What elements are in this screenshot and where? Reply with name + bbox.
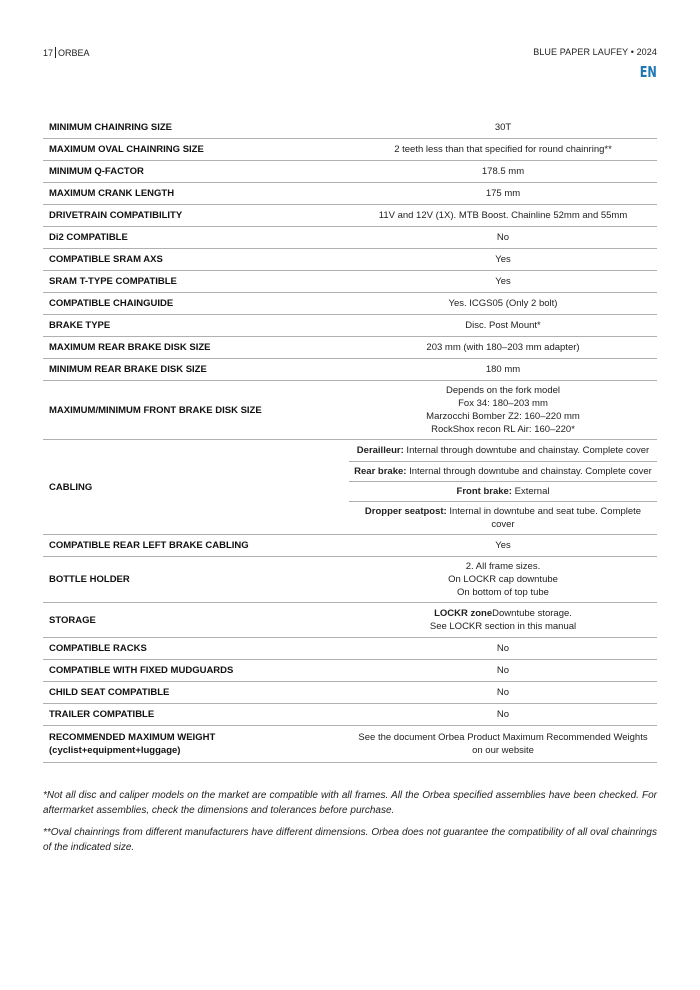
spec-value: 180 mm bbox=[349, 359, 657, 381]
storage-line-1: LOCKR zoneDowntube storage. bbox=[349, 607, 657, 620]
spec-table: MINIMUM CHAINRING SIZE30TMAXIMUM OVAL CH… bbox=[43, 117, 657, 763]
max-weight-label-sub: (cyclist+equipment+luggage) bbox=[49, 744, 349, 757]
spec-label: CABLING bbox=[43, 440, 349, 535]
spec-value: 30T bbox=[349, 117, 657, 139]
cabling-item-key: Rear brake: bbox=[354, 466, 406, 477]
spec-value: Depends on the fork modelFox 34: 180–203… bbox=[349, 381, 657, 440]
spec-row-trailer-compatible: TRAILER COMPATIBLENo bbox=[43, 704, 657, 726]
spec-label: DRIVETRAIN COMPATIBILITY bbox=[43, 205, 349, 227]
spec-label: BOTTLE HOLDER bbox=[43, 557, 349, 603]
header-separator bbox=[55, 47, 56, 58]
spec-label: MAXIMUM REAR BRAKE DISK SIZE bbox=[43, 337, 349, 359]
spec-label: BRAKE TYPE bbox=[43, 315, 349, 337]
spec-value: 2. All frame sizes.On LOCKR cap downtube… bbox=[349, 557, 657, 603]
spec-row-brake-type: BRAKE TYPEDisc. Post Mount* bbox=[43, 315, 657, 337]
cabling-item-text: Internal through downtube and chainstay.… bbox=[404, 445, 649, 456]
max-weight-label: RECOMMENDED MAXIMUM WEIGHT bbox=[49, 731, 349, 744]
spec-row-drivetrain-compatibility: DRIVETRAIN COMPATIBILITY11V and 12V (1X)… bbox=[43, 205, 657, 227]
spec-row-maximum-rear-brake-disk-size: MAXIMUM REAR BRAKE DISK SIZE203 mm (with… bbox=[43, 337, 657, 359]
spec-row-minimum-q-factor: MINIMUM Q-FACTOR178.5 mm bbox=[43, 161, 657, 183]
spec-label: RECOMMENDED MAXIMUM WEIGHT(cyclist+equip… bbox=[43, 726, 349, 763]
document-title: BLUE PAPER LAUFEY • 2024 bbox=[533, 47, 657, 57]
page-number: 17 bbox=[43, 48, 53, 58]
spec-value: 11V and 12V (1X). MTB Boost. Chainline 5… bbox=[349, 205, 657, 227]
spec-value: 178.5 mm bbox=[349, 161, 657, 183]
cabling-item: Front brake: External bbox=[349, 482, 657, 502]
spec-label: COMPATIBLE WITH FIXED MUDGUARDS bbox=[43, 660, 349, 682]
storage-line-2: See LOCKR section in this manual bbox=[349, 620, 657, 633]
spec-row-maximum-minimum-front-brake-disk-size: MAXIMUM/MINIMUM FRONT BRAKE DISK SIZEDep… bbox=[43, 381, 657, 440]
spec-value-line: Fox 34: 180–203 mm bbox=[349, 397, 657, 410]
spec-label: TRAILER COMPATIBLE bbox=[43, 704, 349, 726]
spec-value: 2 teeth less than that specified for rou… bbox=[349, 139, 657, 161]
spec-value: 203 mm (with 180–203 mm adapter) bbox=[349, 337, 657, 359]
spec-value: Derailleur: Internal through downtube an… bbox=[349, 440, 657, 535]
spec-row-storage: STORAGELOCKR zoneDowntube storage.See LO… bbox=[43, 603, 657, 638]
spec-label: COMPATIBLE REAR LEFT BRAKE CABLING bbox=[43, 535, 349, 557]
spec-row-compatible-racks: COMPATIBLE RACKSNo bbox=[43, 638, 657, 660]
spec-row-cabling: CABLINGDerailleur: Internal through down… bbox=[43, 440, 657, 535]
spec-label: COMPATIBLE CHAINGUIDE bbox=[43, 293, 349, 315]
cabling-item-key: Dropper seatpost: bbox=[365, 506, 447, 517]
spec-value-line: RockShox recon RL Air: 160–220* bbox=[349, 423, 657, 436]
spec-value: LOCKR zoneDowntube storage.See LOCKR sec… bbox=[349, 603, 657, 638]
spec-row-sram-t-type-compatible: SRAM T-TYPE COMPATIBLEYes bbox=[43, 271, 657, 293]
spec-row-child-seat-compatible: CHILD SEAT COMPATIBLENo bbox=[43, 682, 657, 704]
brand-name: ORBEA bbox=[58, 48, 90, 58]
spec-row-maximum-oval-chainring-size: MAXIMUM OVAL CHAINRING SIZE2 teeth less … bbox=[43, 139, 657, 161]
spec-label: Di2 COMPATIBLE bbox=[43, 227, 349, 249]
cabling-item-text: Internal in downtube and seat tube. Comp… bbox=[447, 506, 641, 530]
cabling-item: Dropper seatpost: Internal in downtube a… bbox=[349, 502, 657, 534]
spec-value: No bbox=[349, 227, 657, 249]
cabling-item-text: External bbox=[512, 486, 550, 497]
cabling-item-text: Internal through downtube and chainstay.… bbox=[406, 466, 651, 477]
spec-row-minimum-rear-brake-disk-size: MINIMUM REAR BRAKE DISK SIZE180 mm bbox=[43, 359, 657, 381]
spec-label: MAXIMUM/MINIMUM FRONT BRAKE DISK SIZE bbox=[43, 381, 349, 440]
spec-value: 175 mm bbox=[349, 183, 657, 205]
spec-value: No bbox=[349, 660, 657, 682]
spec-value-line: 2. All frame sizes. bbox=[349, 560, 657, 573]
spec-row-compatible-with-fixed-mudguards: COMPATIBLE WITH FIXED MUDGUARDSNo bbox=[43, 660, 657, 682]
spec-row-compatible-sram-axs: COMPATIBLE SRAM AXSYes bbox=[43, 249, 657, 271]
spec-label: STORAGE bbox=[43, 603, 349, 638]
page-header-left: 17 ORBEA bbox=[43, 47, 90, 58]
footnote-oval-chainring: **Oval chainrings from different manufac… bbox=[43, 825, 657, 855]
max-weight-value-line: on our website bbox=[349, 744, 657, 757]
storage-text: Downtube storage. bbox=[492, 608, 572, 619]
cabling-item-key: Derailleur: bbox=[357, 445, 404, 456]
cabling-item-key: Front brake: bbox=[457, 486, 512, 497]
spec-row-minimum-chainring-size: MINIMUM CHAINRING SIZE30T bbox=[43, 117, 657, 139]
spec-label: MAXIMUM CRANK LENGTH bbox=[43, 183, 349, 205]
spec-value: No bbox=[349, 682, 657, 704]
language-badge: EN bbox=[640, 63, 657, 81]
spec-value-line: On bottom of top tube bbox=[349, 586, 657, 599]
spec-value-line: Depends on the fork model bbox=[349, 384, 657, 397]
spec-label: MAXIMUM OVAL CHAINRING SIZE bbox=[43, 139, 349, 161]
storage-key: LOCKR zone bbox=[434, 608, 492, 619]
spec-row-compatible-chainguide: COMPATIBLE CHAINGUIDEYes. ICGS05 (Only 2… bbox=[43, 293, 657, 315]
spec-label: SRAM T-TYPE COMPATIBLE bbox=[43, 271, 349, 293]
spec-label: COMPATIBLE RACKS bbox=[43, 638, 349, 660]
spec-row-compatible-rear-left-brake-cabling: COMPATIBLE REAR LEFT BRAKE CABLINGYes bbox=[43, 535, 657, 557]
spec-label: COMPATIBLE SRAM AXS bbox=[43, 249, 349, 271]
spec-value: Yes bbox=[349, 535, 657, 557]
spec-label: CHILD SEAT COMPATIBLE bbox=[43, 682, 349, 704]
footnote-disc: *Not all disc and caliper models on the … bbox=[43, 788, 657, 818]
footnotes: *Not all disc and caliper models on the … bbox=[43, 788, 657, 862]
spec-value-line: On LOCKR cap downtube bbox=[349, 573, 657, 586]
spec-row-recommended-maximum-weight: RECOMMENDED MAXIMUM WEIGHT(cyclist+equip… bbox=[43, 726, 657, 763]
spec-value-line: Marzocchi Bomber Z2: 160–220 mm bbox=[349, 410, 657, 423]
spec-row-bottle-holder: BOTTLE HOLDER2. All frame sizes.On LOCKR… bbox=[43, 557, 657, 603]
spec-row-di2-compatible: Di2 COMPATIBLENo bbox=[43, 227, 657, 249]
cabling-item: Rear brake: Internal through downtube an… bbox=[349, 462, 657, 482]
spec-value: No bbox=[349, 638, 657, 660]
spec-row-maximum-crank-length: MAXIMUM CRANK LENGTH175 mm bbox=[43, 183, 657, 205]
max-weight-value-line: See the document Orbea Product Maximum R… bbox=[349, 731, 657, 744]
cabling-item: Derailleur: Internal through downtube an… bbox=[349, 440, 657, 462]
spec-label: MINIMUM CHAINRING SIZE bbox=[43, 117, 349, 139]
spec-label: MINIMUM REAR BRAKE DISK SIZE bbox=[43, 359, 349, 381]
spec-value: No bbox=[349, 704, 657, 726]
spec-value: Disc. Post Mount* bbox=[349, 315, 657, 337]
spec-value: See the document Orbea Product Maximum R… bbox=[349, 726, 657, 763]
spec-label: MINIMUM Q-FACTOR bbox=[43, 161, 349, 183]
spec-value: Yes. ICGS05 (Only 2 bolt) bbox=[349, 293, 657, 315]
spec-value: Yes bbox=[349, 249, 657, 271]
spec-value: Yes bbox=[349, 271, 657, 293]
